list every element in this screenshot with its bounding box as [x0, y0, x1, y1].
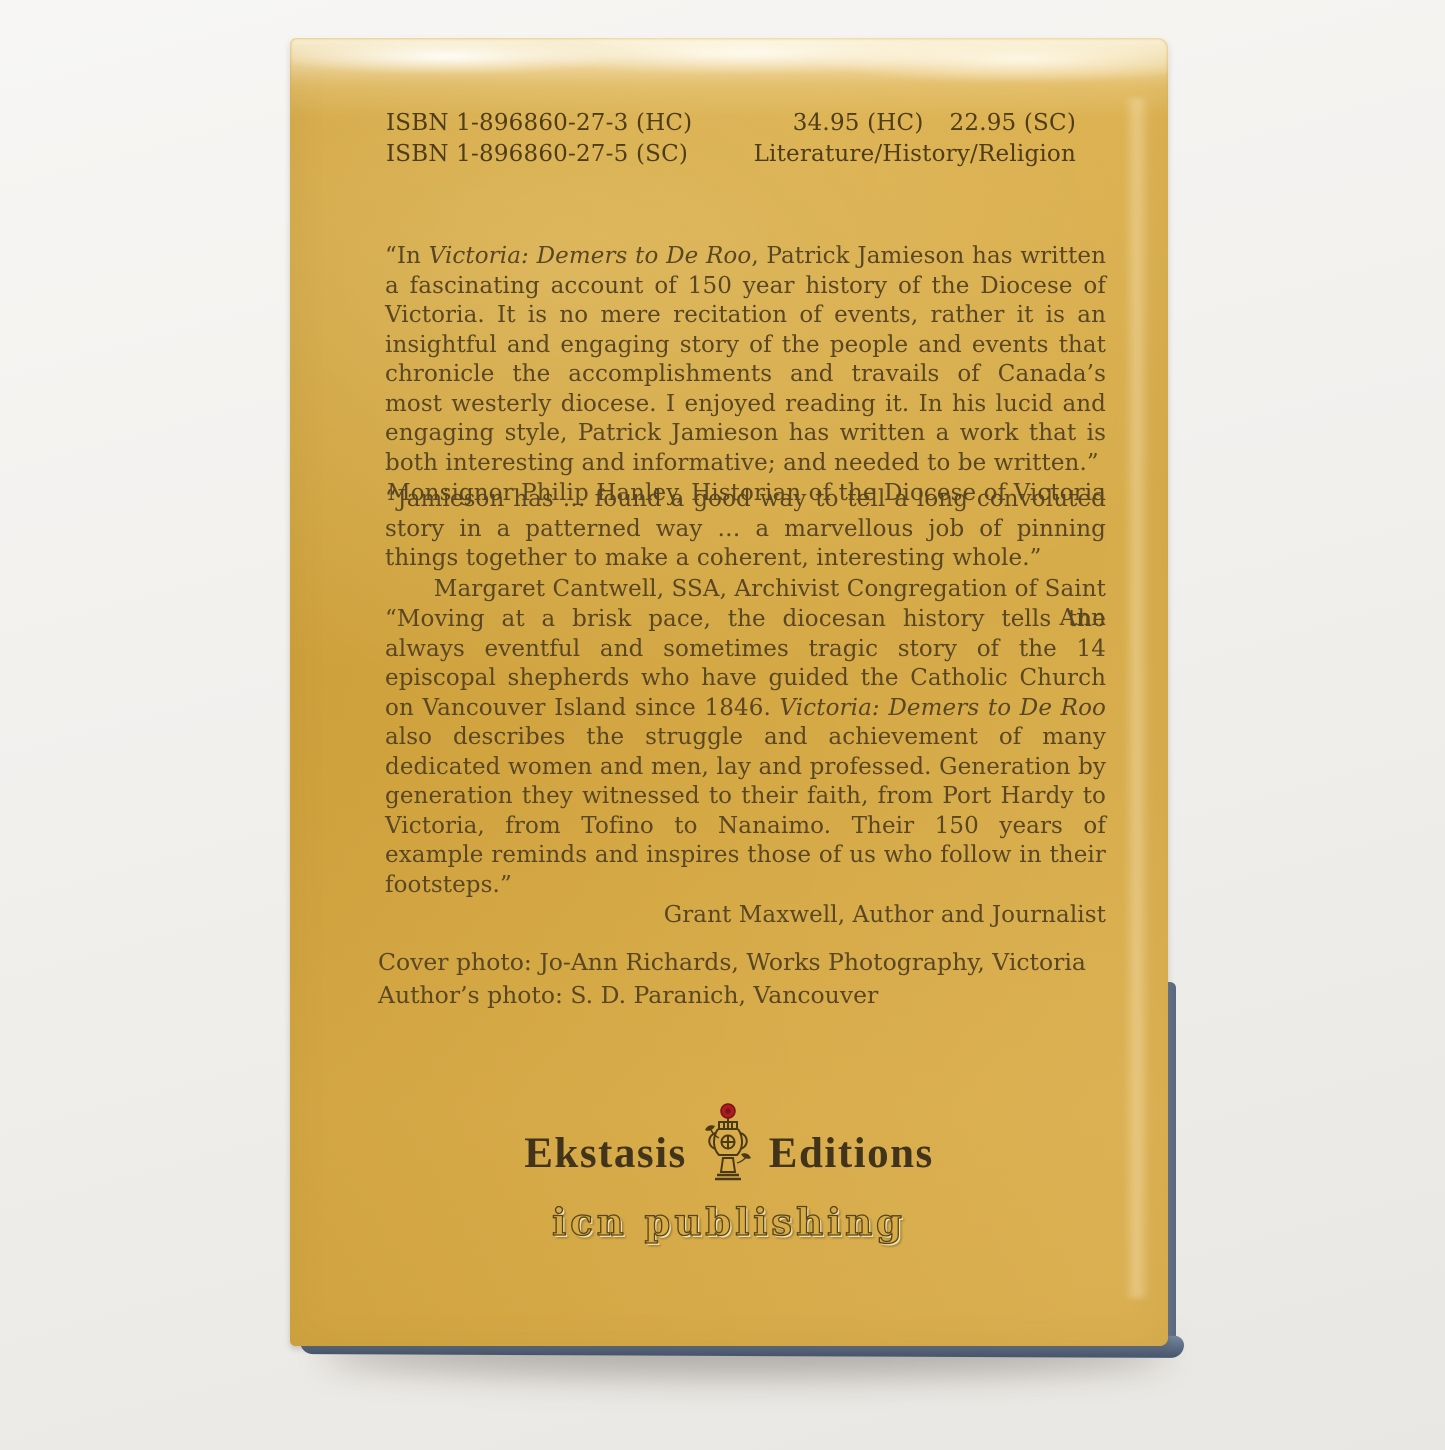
photo-credits: Cover photo: Jo-Ann Richards, Works Phot… [378, 946, 1086, 1012]
urn-with-rose-icon [701, 1102, 755, 1190]
book-back-cover: ISBN 1-896860-27-3 (HC) ISBN 1-896860-27… [290, 38, 1168, 1346]
review-blurb-1: “In Victoria: Demers to De Roo, Patrick … [385, 242, 1106, 509]
isbn-softcover: ISBN 1-896860-27-5 (SC) [386, 139, 692, 170]
blurb-attribution: Grant Maxwell, Author and Journalist [385, 901, 1106, 931]
blurb-text: “Jamieson has … found a good way to tell… [385, 485, 1106, 574]
price-category-block: 34.95 (HC)22.95 (SC) Literature/History/… [754, 108, 1076, 170]
publisher-logo-row: Ekstasis [290, 1116, 1168, 1190]
photo-backdrop: ISBN 1-896860-27-3 (HC) ISBN 1-896860-27… [0, 0, 1445, 1450]
category-line: Literature/History/Religion [754, 139, 1076, 170]
price-hardcover: 34.95 (HC) [793, 108, 924, 139]
imprint-wordmark: icn publishing [290, 1200, 1168, 1244]
cover-photo-credit: Cover photo: Jo-Ann Richards, Works Phot… [378, 946, 1086, 979]
isbn-block: ISBN 1-896860-27-3 (HC) ISBN 1-896860-27… [386, 108, 692, 170]
isbn-hardcover: ISBN 1-896860-27-3 (HC) [386, 108, 692, 139]
top-meta-row: ISBN 1-896860-27-3 (HC) ISBN 1-896860-27… [386, 108, 1076, 170]
price-line: 34.95 (HC)22.95 (SC) [754, 108, 1076, 139]
review-blurb-3: “Moving at a brisk pace, the diocesan hi… [385, 605, 1106, 931]
blurb-text: “In Victoria: Demers to De Roo, Patrick … [385, 242, 1106, 478]
publisher-name-right: Editions [769, 1129, 934, 1178]
blurb-text: “Moving at a brisk pace, the diocesan hi… [385, 605, 1106, 900]
publisher-name-left: Ekstasis [524, 1129, 687, 1178]
author-photo-credit: Author’s photo: S. D. Paranich, Vancouve… [378, 979, 1086, 1012]
price-softcover: 22.95 (SC) [950, 108, 1076, 139]
